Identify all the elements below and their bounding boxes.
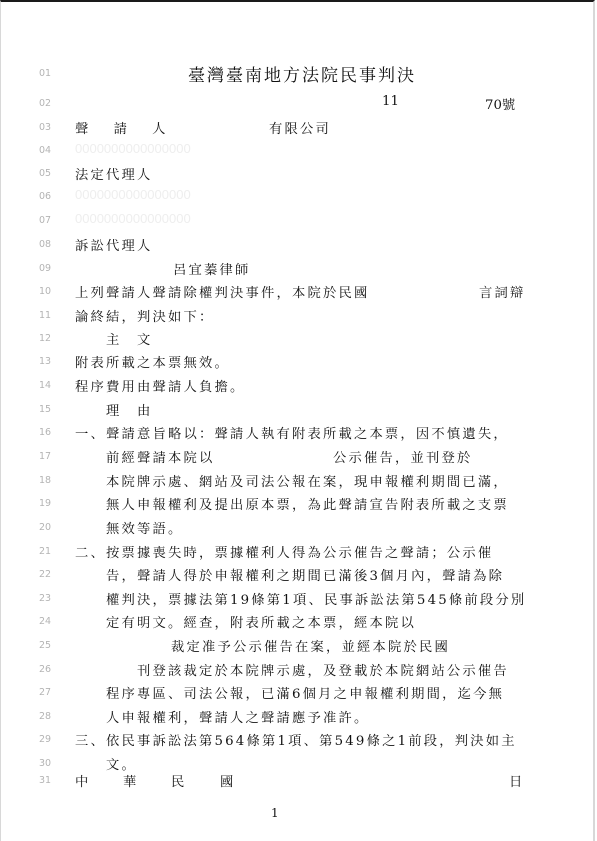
body-text: 無人申報權利及提出原本票，為此聲請宣告附表所載之支票 xyxy=(106,494,509,513)
line-05: 05 法定代理人 xyxy=(1,162,597,186)
body-text: 無效等語。 xyxy=(106,518,183,537)
line-number: 15 xyxy=(39,404,59,415)
date-char-zhong: 中 xyxy=(75,771,88,790)
line-number: 29 xyxy=(39,734,59,745)
line-number: 25 xyxy=(39,640,59,651)
body-text-end: 言詞辯 xyxy=(479,282,526,301)
litigation-agent-label: 訴訟代理人 xyxy=(75,235,152,254)
line-number: 26 xyxy=(39,664,59,675)
body-text: 定有明文。經查，附表所載之本票，經本院以 xyxy=(106,612,416,631)
line-13: 13 附表所載之本票無效。 xyxy=(1,350,597,374)
line-number: 05 xyxy=(39,168,59,179)
line-20: 20 無效等語。 xyxy=(1,516,597,540)
line-number: 09 xyxy=(39,263,59,274)
line-number: 03 xyxy=(39,122,59,133)
body-text: 裁定准予公示催告在案，並經本院於民國 xyxy=(171,636,450,655)
body-text: 程序費用由聲請人負擔。 xyxy=(75,376,245,395)
line-number: 31 xyxy=(39,775,59,786)
applicant-name: 有限公司 xyxy=(269,118,331,137)
line-27: 27 程序專區、司法公報，已滿6個月之申報權利期間，迄今無 xyxy=(1,681,597,705)
body-text: 告，聲請人得於申報權利之期間已滿後3個月內，聲請為除 xyxy=(106,565,504,584)
case-number-prefix: 11 xyxy=(382,94,399,109)
body-text: 三、依民事訴訟法第564條第1項、第549條之1前段，判決如主 xyxy=(75,730,517,749)
line-number: 19 xyxy=(39,498,59,509)
line-03: 03 聲 請 人 有限公司 xyxy=(1,116,597,140)
document-page: 01 臺灣臺南地方法院民事判決 02 11 70號 03 聲 請 人 有限公司 … xyxy=(0,0,595,841)
body-text: 附表所載之本票無效。 xyxy=(75,352,230,371)
line-number: 04 xyxy=(39,145,59,156)
line-number: 17 xyxy=(39,451,59,462)
legal-representative-label: 法定代理人 xyxy=(75,164,152,183)
litigation-agent-name: 呂宜蓁律師 xyxy=(173,259,250,278)
page-number: 1 xyxy=(271,806,279,820)
line-08: 08 訴訟代理人 xyxy=(1,233,597,257)
line-number: 11 xyxy=(39,310,59,321)
line-22: 22 告，聲請人得於申報權利之期間已滿後3個月內，聲請為除 xyxy=(1,563,597,587)
line-15: 15 理 由 xyxy=(1,398,597,422)
line-07: 07 0000000000000000 xyxy=(1,209,597,233)
body-text: 程序專區、司法公報，已滿6個月之申報權利期間，迄今無 xyxy=(106,683,504,702)
body-text: 一、聲請意旨略以：聲請人執有附表所載之本票，因不慎遺失， xyxy=(75,423,509,442)
line-24: 24 定有明文。經查，附表所載之本票，經本院以 xyxy=(1,610,597,634)
body-text: 權判決，票據法第19條第1項、民事訴訟法第545條前段分別 xyxy=(106,589,526,608)
line-01: 01 臺灣臺南地方法院民事判決 xyxy=(1,62,597,86)
date-char-hua: 華 xyxy=(123,771,136,790)
body-text: 刊登該裁定於本院牌示處，及登載於本院網站公示催告 xyxy=(137,660,509,679)
line-09: 09 呂宜蓁律師 xyxy=(1,257,597,281)
body-text: 前經聲請本院以 xyxy=(106,447,214,466)
line-number: 14 xyxy=(39,380,59,391)
line-10: 10 上列聲請人聲請除權判決事件，本院於民國 言詞辯 xyxy=(1,280,597,304)
applicant-label: 聲 請 人 xyxy=(75,118,171,137)
line-number: 27 xyxy=(39,687,59,698)
line-18: 18 本院牌示處、網站及司法公報在案，現申報權利期間已滿， xyxy=(1,469,597,493)
body-text: 二、按票據喪失時，票據權利人得為公示催告之聲請；公示催 xyxy=(75,542,493,561)
line-number: 30 xyxy=(39,758,59,769)
body-text: 論終結，判決如下： xyxy=(75,306,214,325)
case-number-suffix: 70號 xyxy=(485,94,515,113)
line-number: 08 xyxy=(39,239,59,250)
line-number: 16 xyxy=(39,427,59,438)
redacted-text: 0000000000000000 xyxy=(75,187,191,202)
line-number: 21 xyxy=(39,546,59,557)
section-heading-main: 主 文 xyxy=(106,329,153,348)
line-21: 21 二、按票據喪失時，票據權利人得為公示催告之聲請；公示催 xyxy=(1,540,597,564)
line-26: 26 刊登該裁定於本院牌示處，及登載於本院網站公示催告 xyxy=(1,658,597,682)
line-number: 12 xyxy=(39,333,59,344)
line-31: 31 中 華 民 國 日 xyxy=(1,769,597,793)
line-04: 04 0000000000000000 xyxy=(1,139,597,163)
body-text-end: 公示催告，並刊登於 xyxy=(333,447,472,466)
line-14: 14 程序費用由聲請人負擔。 xyxy=(1,374,597,398)
line-17: 17 前經聲請本院以 公示催告，並刊登於 xyxy=(1,445,597,469)
line-number: 13 xyxy=(39,356,59,367)
line-number: 10 xyxy=(39,286,59,297)
line-number: 22 xyxy=(39,569,59,580)
document-title: 臺灣臺南地方法院民事判決 xyxy=(188,61,416,86)
line-16: 16 一、聲請意旨略以：聲請人執有附表所載之本票，因不慎遺失， xyxy=(1,421,597,445)
line-number: 20 xyxy=(39,522,59,533)
date-char-guo: 國 xyxy=(220,771,233,790)
redacted-text: 0000000000000000 xyxy=(75,211,191,226)
date-char-min: 民 xyxy=(171,771,184,790)
line-number: 23 xyxy=(39,593,59,604)
redacted-address: 0000000000000000 xyxy=(75,141,191,156)
line-number: 28 xyxy=(39,711,59,722)
line-19: 19 無人申報權利及提出原本票，為此聲請宣告附表所載之支票 xyxy=(1,492,597,516)
line-25: 25 裁定准予公示催告在案，並經本院於民國 xyxy=(1,634,597,658)
line-number: 07 xyxy=(39,215,59,226)
section-heading-reason: 理 由 xyxy=(106,400,153,419)
line-06: 06 0000000000000000 xyxy=(1,185,597,209)
line-number: 02 xyxy=(39,98,59,109)
body-text: 人申報權利，聲請人之聲請應予准許。 xyxy=(106,707,369,726)
line-number: 01 xyxy=(39,68,59,79)
line-number: 06 xyxy=(39,191,59,202)
line-11: 11 論終結，判決如下： xyxy=(1,304,597,328)
date-char-day: 日 xyxy=(509,771,522,790)
line-02: 02 11 70號 xyxy=(1,92,597,116)
body-text: 本院牌示處、網站及司法公報在案，現申報權利期間已滿， xyxy=(106,471,509,490)
line-number: 18 xyxy=(39,475,59,486)
line-number: 24 xyxy=(39,616,59,627)
body-text: 上列聲請人聲請除權判決事件，本院於民國 xyxy=(75,282,369,301)
line-29: 29 三、依民事訴訟法第564條第1項、第549條之1前段，判決如主 xyxy=(1,728,597,752)
line-28: 28 人申報權利，聲請人之聲請應予准許。 xyxy=(1,705,597,729)
line-12: 12 主 文 xyxy=(1,327,597,351)
line-23: 23 權判決，票據法第19條第1項、民事訴訟法第545條前段分別 xyxy=(1,587,597,611)
